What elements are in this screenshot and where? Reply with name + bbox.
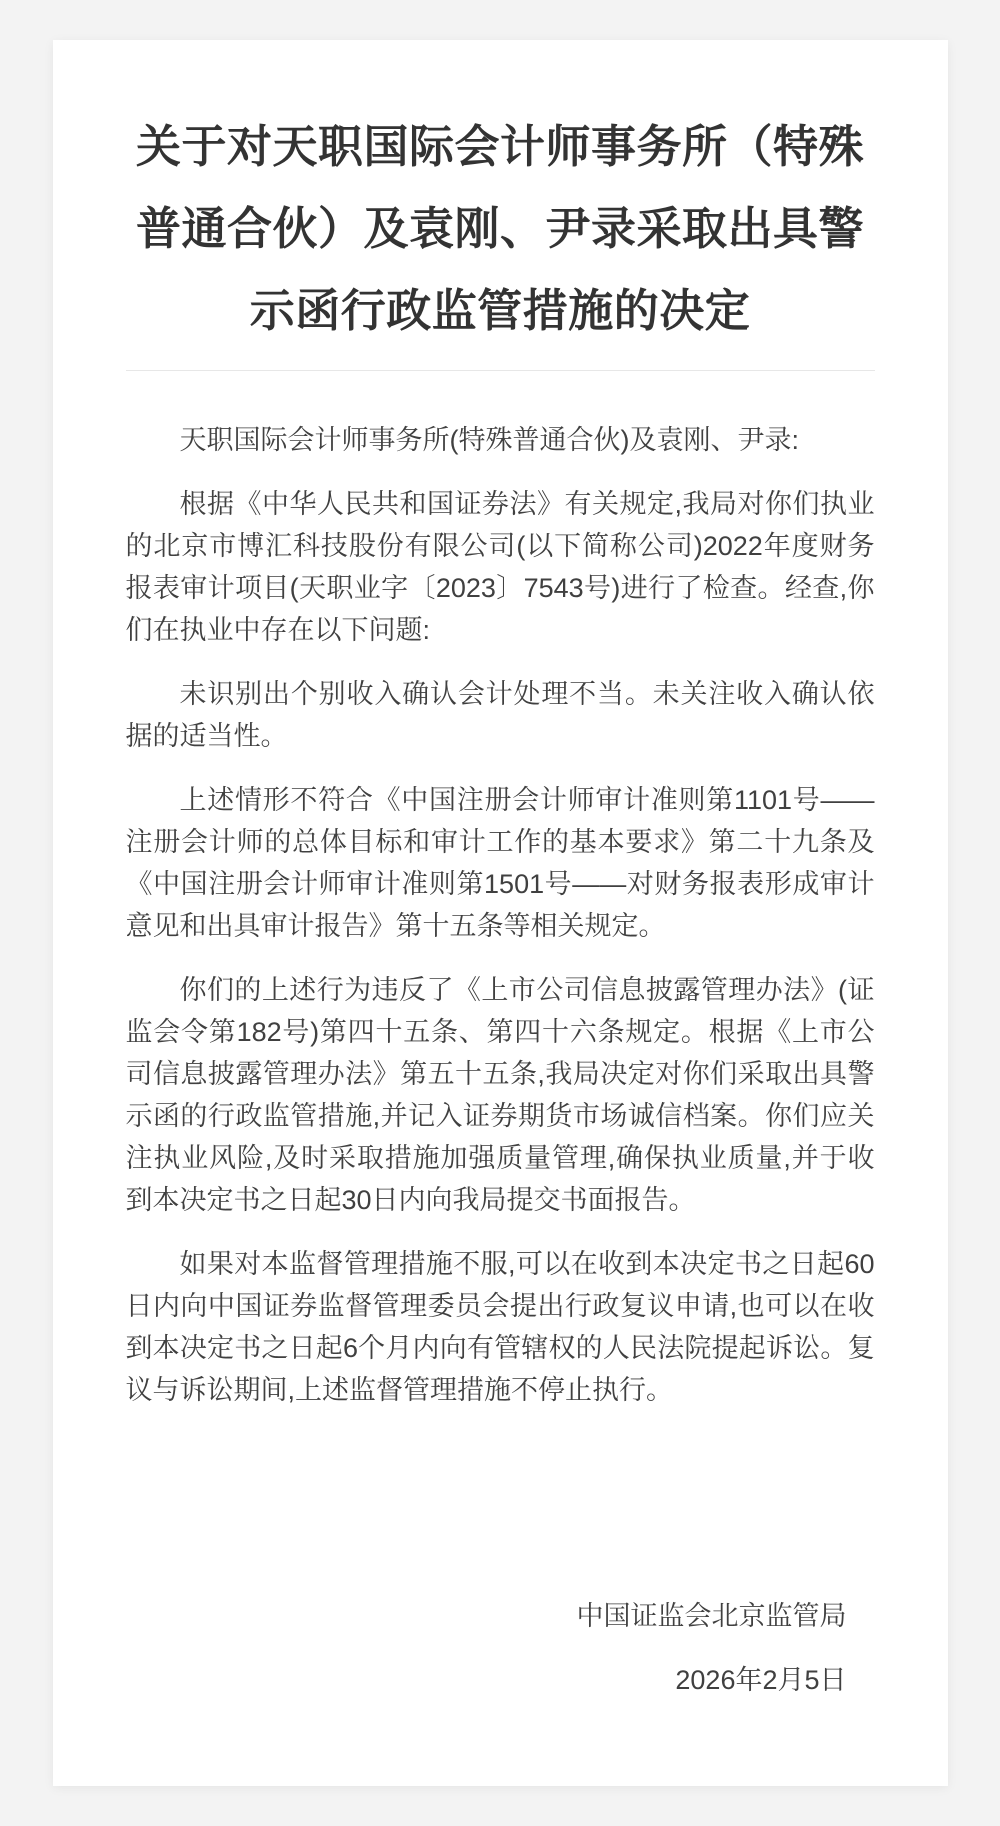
signature-issuer: 中国证监会北京监管局 [126, 1595, 847, 1637]
document-paragraph: 上述情形不符合《中国注册会计师审计准则第1101号——注册会计师的总体目标和审计… [126, 779, 875, 947]
signature-date: 2026年2月5日 [126, 1659, 847, 1701]
document-paragraph: 天职国际会计师事务所(特殊普通合伙)及袁刚、尹录: [126, 419, 875, 461]
page-background: 关于对天职国际会计师事务所（特殊普通合伙）及袁刚、尹录采取出具警示函行政监管措施… [0, 0, 1000, 1826]
document-title: 关于对天职国际会计师事务所（特殊普通合伙）及袁刚、尹录采取出具警示函行政监管措施… [126, 106, 875, 352]
document-paragraph: 如果对本监督管理措施不服,可以在收到本决定书之日起60日内向中国证券监督管理委员… [126, 1243, 875, 1411]
document-body: 天职国际会计师事务所(特殊普通合伙)及袁刚、尹录:根据《中华人民共和国证券法》有… [126, 419, 875, 1411]
document-paragraph: 未识别出个别收入确认会计处理不当。未关注收入确认依据的适当性。 [126, 673, 875, 757]
signature-block: 中国证监会北京监管局 2026年2月5日 [126, 1595, 875, 1701]
document-card: 关于对天职国际会计师事务所（特殊普通合伙）及袁刚、尹录采取出具警示函行政监管措施… [53, 40, 948, 1786]
document-paragraph: 你们的上述行为违反了《上市公司信息披露管理办法》(证监会令第182号)第四十五条… [126, 969, 875, 1221]
document-paragraph: 根据《中华人民共和国证券法》有关规定,我局对你们执业的北京市博汇科技股份有限公司… [126, 483, 875, 651]
title-divider [126, 370, 875, 371]
